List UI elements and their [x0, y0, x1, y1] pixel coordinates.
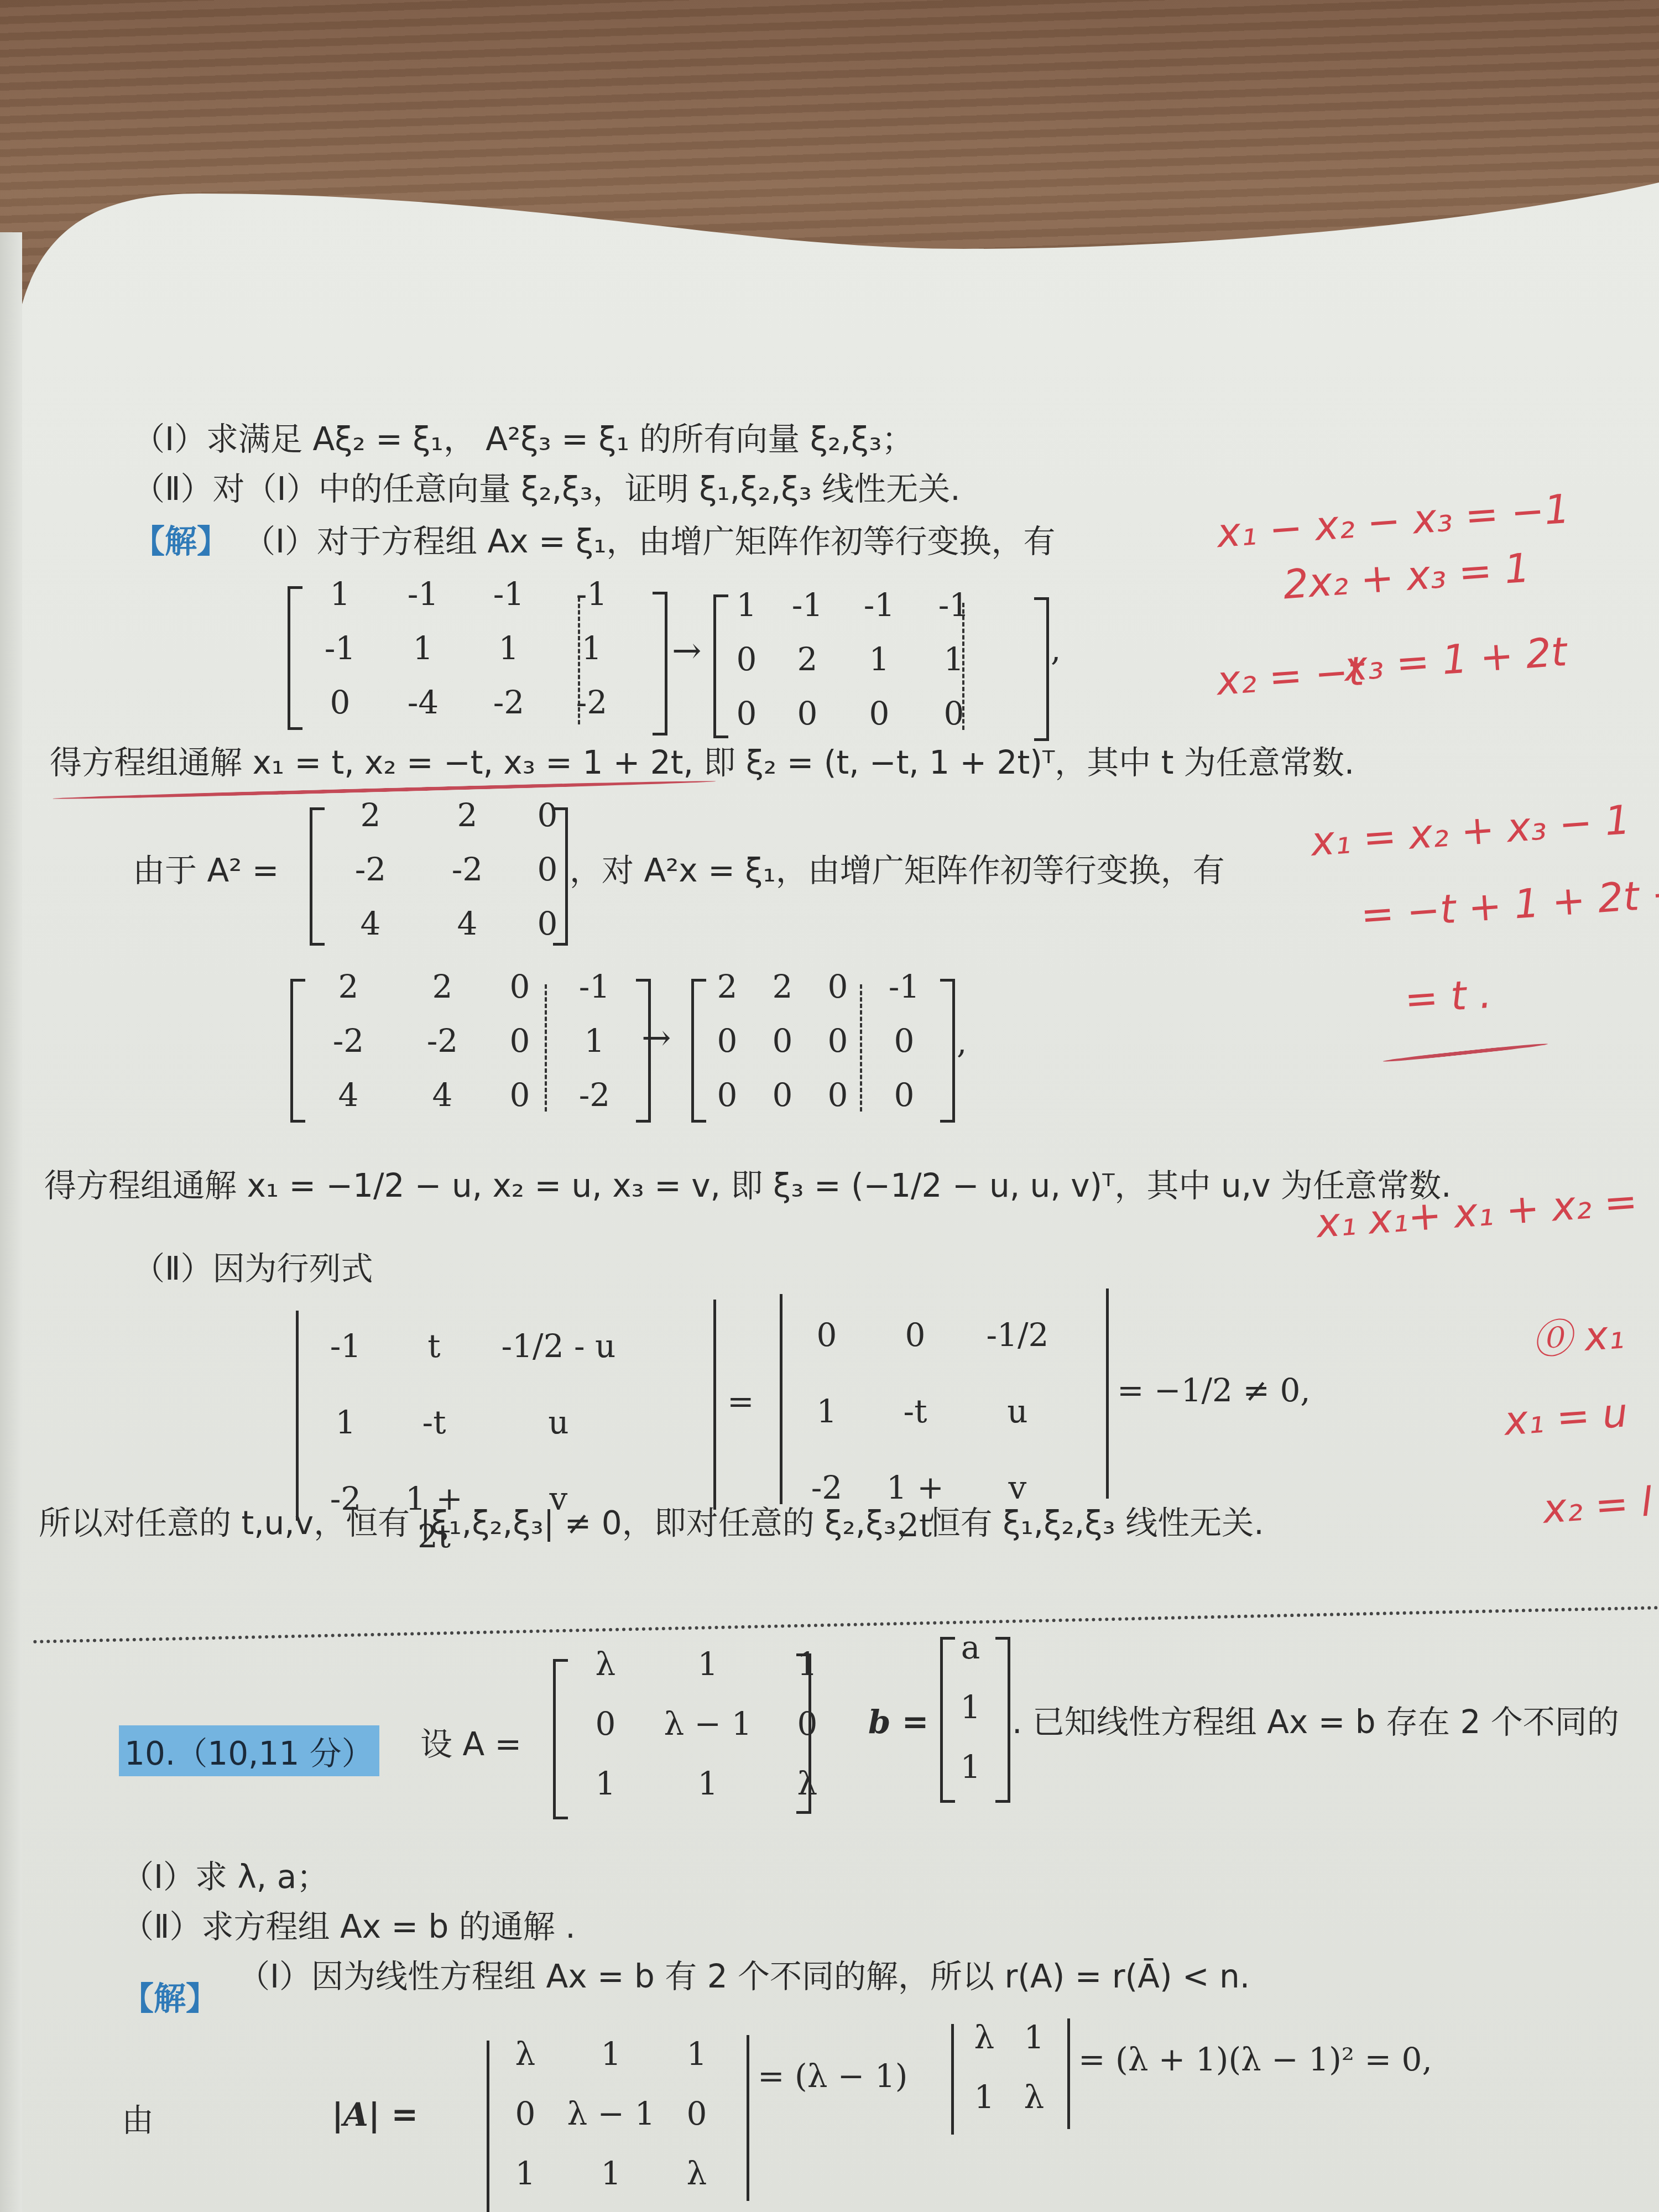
matrix-cell: -2 [550, 684, 633, 721]
determinant-cell: 1 [556, 2154, 666, 2192]
matrix-cell: -1 [467, 575, 550, 613]
handwritten-note: x₁ = u [1503, 1389, 1629, 1444]
det-a-label: |A| = [332, 2096, 418, 2135]
problem9-part2: （Ⅱ）对（Ⅰ）中的任意向量 ξ₂,ξ₃，证明 ξ₁,ξ₂,ξ₃ 线性无关. [133, 470, 961, 509]
determinant-cell: 1 [495, 2154, 556, 2192]
matrix-cell: 0 [722, 695, 771, 732]
matrix-cell: -2 [418, 851, 517, 888]
matrix-cell: -2 [395, 1022, 489, 1060]
determinant-cell: -t [384, 1404, 484, 1441]
matrix-bracket-right [940, 979, 955, 1123]
problem10-solution-intro: （Ⅰ）因为线性方程组 Ax = b 有 2 个不同的解，所以 r(A) = r(… [238, 1958, 1250, 1996]
matrix-cell: 0 [489, 1022, 550, 1060]
determinant-value: = −1/2 ≠ 0, [1117, 1371, 1311, 1410]
matrix-cell: 2 [755, 968, 810, 1005]
matrix-cell: -2 [324, 851, 418, 888]
augmented-matrix-1-original: 1-1-1-1-11110-4-2-2 [301, 575, 633, 721]
matrix-bracket-left [288, 586, 302, 730]
matrix-cell: 0 [489, 968, 550, 1005]
augment-divider [962, 603, 964, 730]
matrix-cell: 0 [810, 1076, 865, 1114]
determinant-cell: λ [495, 2035, 556, 2073]
matrix-cell: -1 [771, 586, 843, 624]
handwritten-note: = t . [1403, 971, 1493, 1023]
handwritten-note: ⓪ x₁ [1530, 1302, 1626, 1365]
question-number-badge: 10.（10,11 分） [119, 1725, 379, 1776]
determinant-cell: λ [959, 2018, 1009, 2056]
matrix-cell: 0 [700, 1076, 755, 1114]
matrix-cell: 4 [301, 1076, 395, 1114]
determinant-cell: t [384, 1327, 484, 1365]
determinant-cell: 0 [666, 2095, 727, 2132]
matrix-cell: 1 [564, 1765, 647, 1802]
determinant-cell: 1 [1009, 2018, 1059, 2056]
matrix-cell: 1 [550, 1022, 639, 1060]
matrix-cell: λ − 1 [647, 1705, 769, 1743]
matrix-cell: 0 [489, 1076, 550, 1114]
determinant-bar [1106, 1288, 1109, 1499]
comma: , [1051, 630, 1061, 669]
vector-cell: 1 [948, 1688, 993, 1726]
matrix-cell: -1 [301, 629, 379, 667]
matrix-cell: 0 [865, 1076, 943, 1114]
determinant-minor: λ11λ [959, 2018, 1059, 2116]
det-result: = (λ + 1)(λ − 1)² = 0, [1078, 2041, 1432, 2079]
determinant-bar [713, 1300, 716, 1510]
determinant-a: λ110λ − 1011λ [495, 2035, 727, 2192]
matrix-cell: 0 [810, 1022, 865, 1060]
determinant-cell: 0 [863, 1316, 968, 1354]
matrix-cell: 1 [647, 1765, 769, 1802]
matrix-cell: 0 [755, 1076, 810, 1114]
det-prefix: 由 [122, 2101, 154, 2140]
matrix-cell: 2 [700, 968, 755, 1005]
matrix-cell: 0 [810, 968, 865, 1005]
matrix-cell: 2 [395, 968, 489, 1005]
augmented-matrix-2-original: 220-1-2-201440-2 [301, 968, 639, 1114]
determinant-cell: 1 [307, 1404, 384, 1441]
problem9-part1: （Ⅰ）求满足 Aξ₂ = ξ₁， A²ξ₃ = ξ₁ 的所有向量 ξ₂,ξ₃； [133, 420, 914, 459]
a-squared-suffix: ，对 A²x = ξ₁，由增广矩阵作初等行变换，有 [570, 852, 1225, 890]
comma: , [957, 1023, 967, 1062]
a-squared-label: 由于 A² = [133, 852, 279, 890]
matrix-cell: -1 [550, 575, 633, 613]
matrix-cell: 0 [771, 695, 843, 732]
matrix-bracket-right [553, 807, 568, 946]
vector-b: a11 [948, 1629, 993, 1786]
solution-tag: 【解】 [122, 1980, 218, 2018]
conclusion: 所以对任意的 t,u,v，恒有 |ξ₁,ξ₂,ξ₃| ≠ 0，即对任意的 ξ₂,… [39, 1504, 1264, 1543]
matrix-cell: 4 [418, 905, 517, 942]
determinant-cell: λ [1009, 2078, 1059, 2116]
det-factor: = (λ − 1) [758, 2057, 907, 2096]
matrix-cell: -1 [843, 586, 915, 624]
matrix-cell: -2 [550, 1076, 639, 1114]
matrix-cell: 0 [517, 796, 578, 834]
determinant-cell: λ [666, 2154, 727, 2192]
solution-intro: （Ⅰ）对于方程组 Ax = ξ₁，由增广矩阵作初等行变换，有 [243, 523, 1056, 561]
matrix-cell: 0 [517, 905, 578, 942]
matrix-cell: 1 [550, 629, 633, 667]
matrix-bracket-left [310, 807, 325, 946]
matrix-cell: 4 [395, 1076, 489, 1114]
augmented-matrix-2-reduced: 220-100000000 [700, 968, 943, 1114]
matrix-cell: 1 [379, 629, 467, 667]
determinant-bar [296, 1311, 299, 1521]
determinant-cell: 1 [556, 2035, 666, 2073]
determinant-bar [487, 2041, 489, 2212]
general-solution-xi3: 得方程组通解 x₁ = −1/2 − u, x₂ = u, x₃ = v, 即 … [44, 1167, 1451, 1206]
matrix-cell: 0 [722, 640, 771, 678]
matrix-cell: -2 [301, 1022, 395, 1060]
vector-cell: a [948, 1629, 993, 1666]
matrix-cell: 1 [301, 575, 379, 613]
matrix-cell: -4 [379, 684, 467, 721]
determinant-cell: 1 [666, 2035, 727, 2073]
determinant-cell: u [484, 1404, 633, 1441]
b-label: b = [868, 1703, 928, 1742]
determinant-bar [780, 1294, 782, 1504]
determinant-cell: -1/2 - u [484, 1327, 633, 1365]
matrix-cell: 0 [517, 851, 578, 888]
augmented-matrix-1-reduced: 1-1-1-102110000 [722, 586, 993, 732]
problem10-part1: （Ⅰ）求 λ, a； [122, 1858, 328, 1897]
page-edge [0, 232, 22, 2212]
matrix-cell: 0 [301, 684, 379, 721]
augment-divider [860, 984, 862, 1112]
matrix-cell: 0 [755, 1022, 810, 1060]
row-reduce-arrow: → [641, 1018, 671, 1058]
matrix-cell: 0 [915, 695, 993, 732]
part2-intro: （Ⅱ）因为行列式 [133, 1250, 373, 1288]
determinant-bar [1067, 2018, 1070, 2129]
matrix-cell: -1 [550, 968, 639, 1005]
determinant-cell: -t [863, 1392, 968, 1430]
matrix-cell: 0 [564, 1705, 647, 1743]
matrix-cell: -1 [379, 575, 467, 613]
handwritten-note: x₂ = l [1541, 1478, 1653, 1532]
augment-divider [578, 597, 580, 724]
matrix-cell: 1 [915, 640, 993, 678]
set-a-label: 设 A = [420, 1725, 521, 1764]
solution-tag: 【解】 [133, 523, 229, 561]
matrix-cell: -1 [865, 968, 943, 1005]
matrix-cell: 2 [301, 968, 395, 1005]
determinant-cell: λ − 1 [556, 2095, 666, 2132]
determinant-cell: u [968, 1392, 1067, 1430]
matrix-bracket-right [796, 1653, 811, 1814]
matrix-cell: 4 [324, 905, 418, 942]
matrix-cell: λ [564, 1645, 647, 1683]
matrix-cell: 2 [771, 640, 843, 678]
general-solution-xi2: 得方程组通解 x₁ = t, x₂ = −t, x₃ = 1 + 2t, 即 ξ… [50, 744, 1354, 782]
a-squared-matrix: 220-2-20440 [324, 796, 578, 942]
problem10-part2: （Ⅱ）求方程组 Ax = b 的通解 . [122, 1908, 576, 1947]
matrix-cell: 0 [865, 1022, 943, 1060]
matrix-cell: -1 [915, 586, 993, 624]
augment-divider [545, 984, 547, 1112]
determinant-cell: 1 [959, 2078, 1009, 2116]
determinant-cell: 0 [495, 2095, 556, 2132]
problem10-statement: . 已知线性方程组 Ax = b 存在 2 个不同的 [1012, 1703, 1619, 1742]
determinant-cell: -1/2 [968, 1316, 1067, 1354]
matrix-cell: 2 [418, 796, 517, 834]
matrix-cell: 1 [722, 586, 771, 624]
matrix-cell: 1 [843, 640, 915, 678]
matrix-bracket-right [995, 1637, 1010, 1803]
matrix-cell: 1 [467, 629, 550, 667]
determinant-cell: 1 [791, 1392, 863, 1430]
determinant-cell: -1 [307, 1327, 384, 1365]
determinant-bar [747, 2035, 749, 2201]
matrix-cell: 2 [324, 796, 418, 834]
equals-sign: = [727, 1383, 754, 1421]
matrix-cell: 1 [647, 1645, 769, 1683]
matrix-cell: 0 [843, 695, 915, 732]
matrix-cell: -2 [467, 684, 550, 721]
matrix-cell: 0 [700, 1022, 755, 1060]
determinant-cell: 0 [791, 1316, 863, 1354]
determinant-bar [951, 2024, 954, 2135]
row-reduce-arrow: → [672, 630, 702, 671]
matrix-bracket-right [1034, 597, 1049, 741]
matrix-bracket-right [653, 592, 667, 735]
vector-cell: 1 [948, 1748, 993, 1786]
